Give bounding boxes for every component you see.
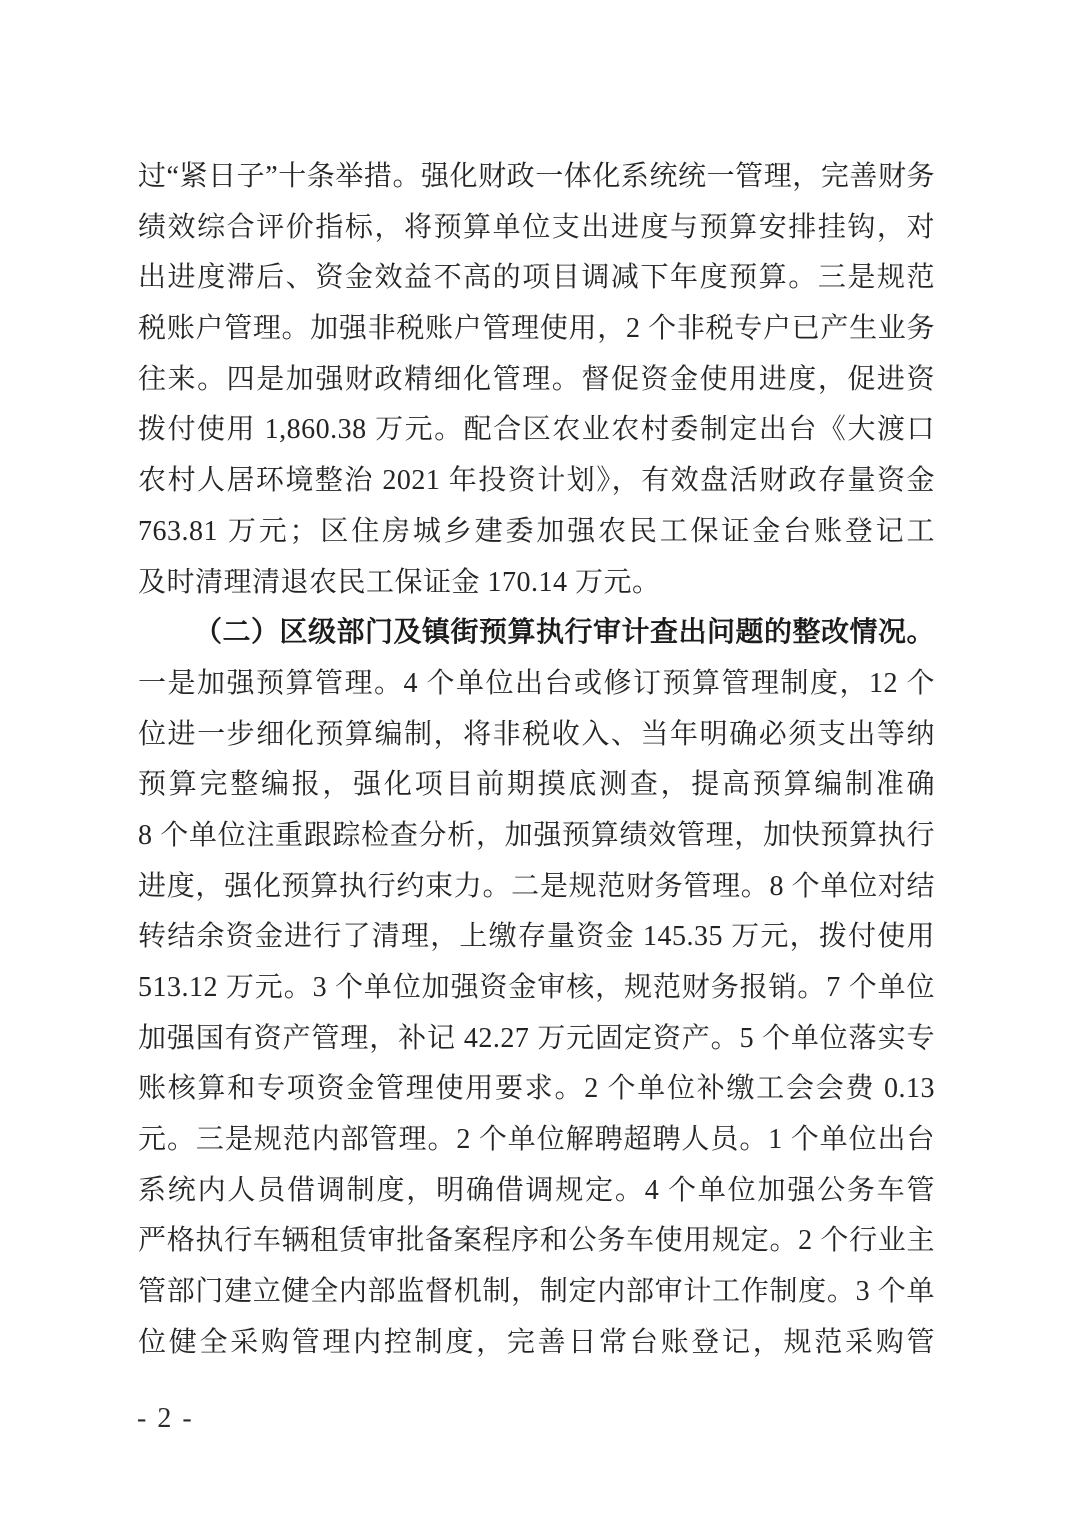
page-number: - 2 - bbox=[137, 1402, 194, 1436]
text-line: 绩效综合评价指标，将预算单位支出进度与预算安排挂钩，对支 bbox=[138, 203, 935, 254]
text-line: 农村人居环境整治 2021 年投资计划》，有效盘活财政存量资金 bbox=[138, 456, 935, 507]
text-line: 位进一步细化预算编制，将非税收入、当年明确必须支出等纳入 bbox=[138, 710, 935, 761]
text-line: 严格执行车辆租赁审批备案程序和公务车使用规定。2 个行业主 bbox=[138, 1216, 935, 1267]
text-line: 拨付使用 1,860.38 万元。配合区农业农村委制定出台《大渡口区 bbox=[138, 405, 935, 456]
text-line: 账核算和专项资金管理使用要求。2 个单位补缴工会会费 0.13 万 bbox=[138, 1064, 935, 1115]
text-line: 出进度滞后、资金效益不高的项目调减下年度预算。三是规范非 bbox=[138, 253, 935, 304]
text-block: 过“紧日子”十条举措。强化财政一体化系统统一管理，完善财务绩效综合评价指标，将预… bbox=[138, 152, 935, 1369]
text-line: 元。三是规范内部管理。2 个单位解聘超聘人员。1 个单位出台 bbox=[138, 1115, 935, 1166]
text-line: 进度，强化预算执行约束力。二是规范财务管理。8 个单位对结 bbox=[138, 862, 935, 913]
text-line: 763.81 万元；区住房城乡建委加强农民工保证金台账登记工作， bbox=[138, 507, 935, 558]
text-line: 系统内人员借调制度，明确借调规定。4 个单位加强公务车管理， bbox=[138, 1166, 935, 1217]
text-line: 位健全采购管理内控制度，完善日常台账登记，规范采购管理。 bbox=[138, 1318, 935, 1369]
text-line: 预算完整编报，强化项目前期摸底测查，提高预算编制准确性。 bbox=[138, 760, 935, 811]
text-line: 税账户管理。加强非税账户管理使用，2 个非税专户已产生业务 bbox=[138, 304, 935, 355]
text-line: 转结余资金进行了清理，上缴存量资金 145.35 万元，拨付使用 bbox=[138, 912, 935, 963]
text-line: 管部门建立健全内部监督机制，制定内部审计工作制度。3 个单 bbox=[138, 1267, 935, 1318]
text-line: 过“紧日子”十条举措。强化财政一体化系统统一管理，完善财务 bbox=[138, 152, 935, 203]
text-line: 及时清理清退农民工保证金 170.14 万元。 bbox=[138, 558, 935, 609]
section-heading-line: （二）区级部门及镇街预算执行审计查出问题的整改情况。 bbox=[138, 608, 935, 659]
text-line: 一是加强预算管理。4 个单位出台或修订预算管理制度，12 个单 bbox=[138, 659, 935, 710]
text-line: 加强国有资产管理，补记 42.27 万元固定资产。5 个单位落实专 bbox=[138, 1014, 935, 1065]
text-line: 513.12 万元。3 个单位加强资金审核，规范财务报销。7 个单位 bbox=[138, 963, 935, 1014]
text-line: 往来。四是加强财政精细化管理。督促资金使用进度，促进资金 bbox=[138, 355, 935, 406]
text-line: 8 个单位注重跟踪检查分析，加强预算绩效管理，加快预算执行 bbox=[138, 811, 935, 862]
document-page: 过“紧日子”十条举措。强化财政一体化系统统一管理，完善财务绩效综合评价指标，将预… bbox=[0, 0, 1074, 1520]
